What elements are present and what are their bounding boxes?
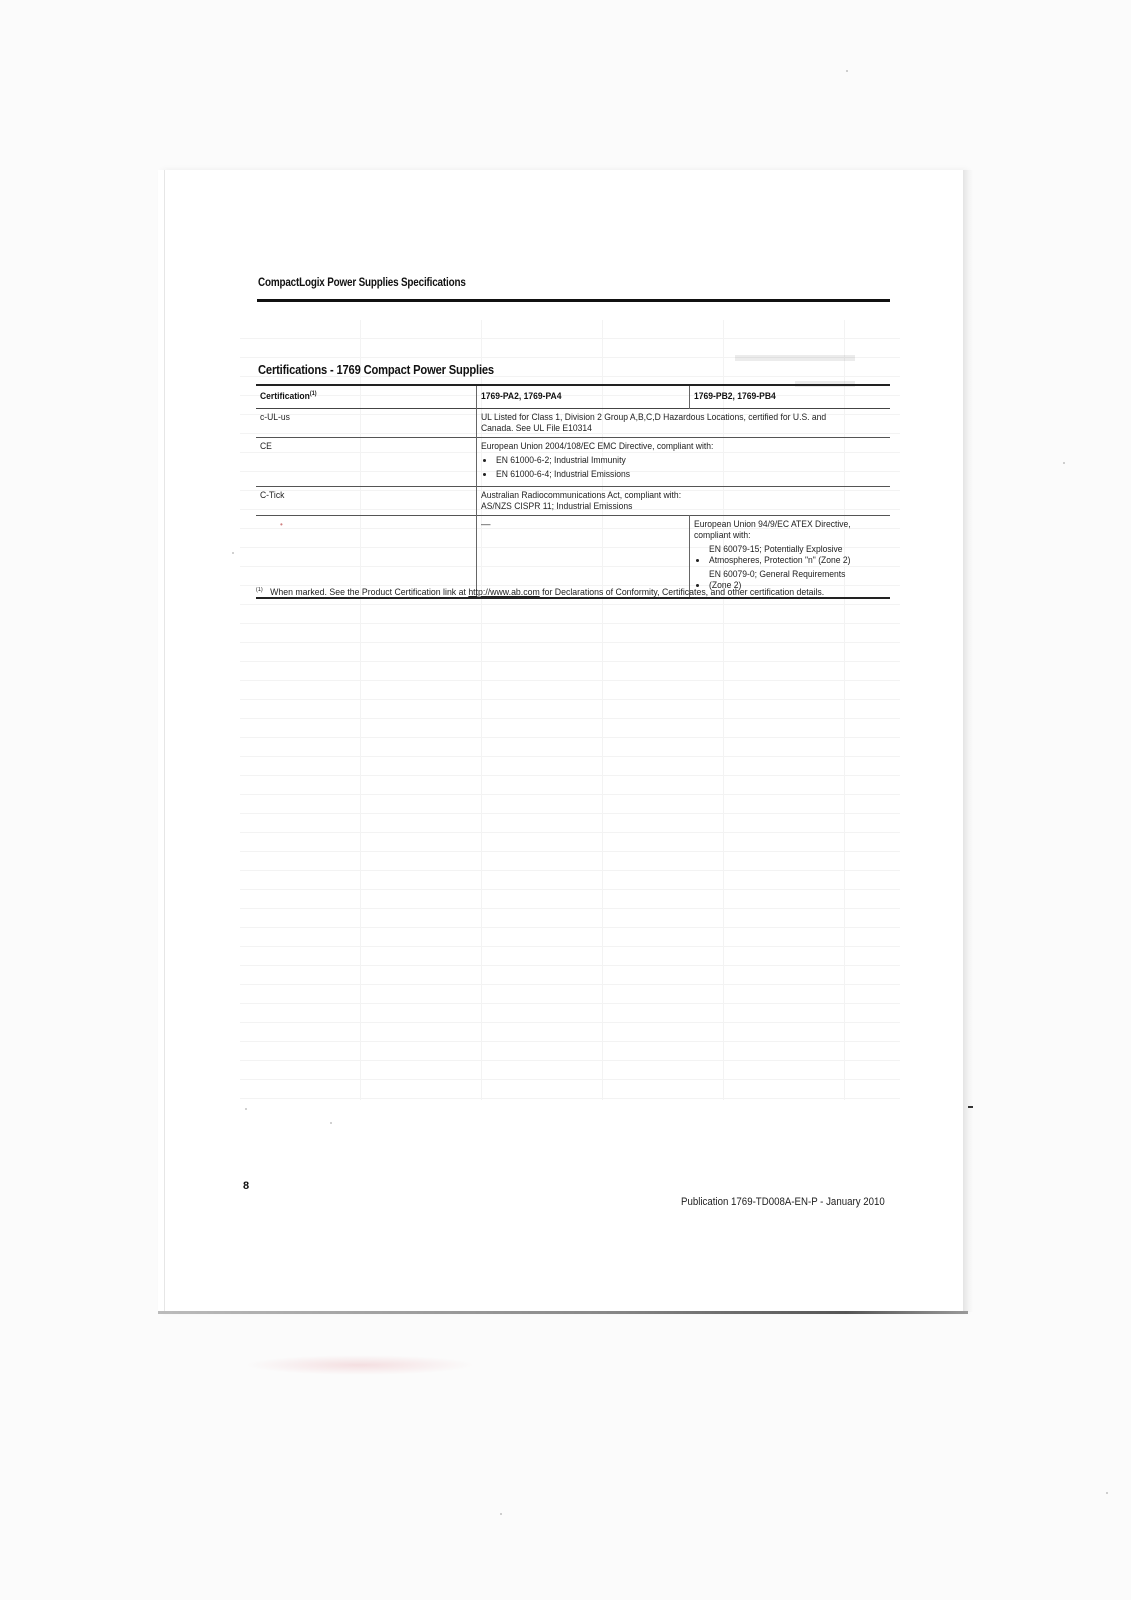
header-1769-pb: 1769-PB2, 1769-PB4 xyxy=(690,385,891,409)
sheet-edge-left xyxy=(164,170,165,1312)
table-footnote: (1)When marked. See the Product Certific… xyxy=(256,587,845,598)
page-number: 8 xyxy=(243,1180,249,1192)
scan-speck xyxy=(1063,462,1065,464)
bullet-item: EN 60079-15; Potentially Explosive Atmos… xyxy=(708,544,885,566)
bullet-item: EN 61000-6-4; Industrial Emissions xyxy=(495,469,885,480)
table-row: c-UL-us UL Listed for Class 1, Division … xyxy=(256,409,890,438)
header-1769-pa: 1769-PA2, 1769-PA4 xyxy=(477,385,690,409)
table-header-row: Certification(1) 1769-PA2, 1769-PA4 1769… xyxy=(256,385,890,409)
header-certification: Certification(1) xyxy=(256,385,477,409)
cell-1769-pa: — xyxy=(477,516,690,599)
cell-certification: • xyxy=(256,516,477,599)
footnote-marker: (1) xyxy=(256,587,263,593)
scan-speck xyxy=(1106,1492,1108,1494)
scan-speck xyxy=(232,552,234,554)
certifications-table: Certification(1) 1769-PA2, 1769-PA4 1769… xyxy=(256,384,890,599)
sheet-edge-bottom xyxy=(158,1311,968,1314)
cell-requirements: European Union 2004/108/EC EMC Directive… xyxy=(477,438,891,487)
scan-smudge xyxy=(245,1355,475,1375)
bullet-item: EN 61000-6-2; Industrial Immunity xyxy=(495,455,885,466)
header-rule xyxy=(257,299,890,302)
sheet-edge-right xyxy=(963,170,973,1312)
bullet-list: EN 61000-6-2; Industrial Immunity EN 610… xyxy=(481,455,885,480)
cell-1769-pb: European Union 94/9/EC ATEX Directive, c… xyxy=(690,516,891,599)
cell-certification: CE xyxy=(256,438,477,487)
bullet-list: EN 60079-15; Potentially Explosive Atmos… xyxy=(694,544,885,591)
scan-speck xyxy=(500,1513,502,1515)
footnote-ref: (1) xyxy=(310,391,317,397)
publication-info: Publication 1769-TD008A-EN-P - January 2… xyxy=(681,1196,885,1208)
running-head: CompactLogix Power Supplies Specificatio… xyxy=(258,277,466,289)
table-row: C-Tick Australian Radiocommunications Ac… xyxy=(256,487,890,516)
cell-certification: C-Tick xyxy=(256,487,477,516)
table-title: Certifications - 1769 Compact Power Supp… xyxy=(258,362,494,377)
table-row: CE European Union 2004/108/EC EMC Direct… xyxy=(256,438,890,487)
scan-speck xyxy=(245,1108,247,1110)
table-row: • — European Union 94/9/EC ATEX Directiv… xyxy=(256,516,890,599)
cell-requirements: Australian Radiocommunications Act, comp… xyxy=(477,487,891,516)
scan-speck xyxy=(330,1122,332,1124)
certification-link[interactable]: http://www.ab.com xyxy=(468,587,539,598)
cell-certification: c-UL-us xyxy=(256,409,477,438)
cell-requirements: UL Listed for Class 1, Division 2 Group … xyxy=(477,409,891,438)
sheet-notch-mark xyxy=(968,1106,973,1108)
scan-speck xyxy=(846,70,848,72)
faded-mark: • xyxy=(260,520,283,529)
